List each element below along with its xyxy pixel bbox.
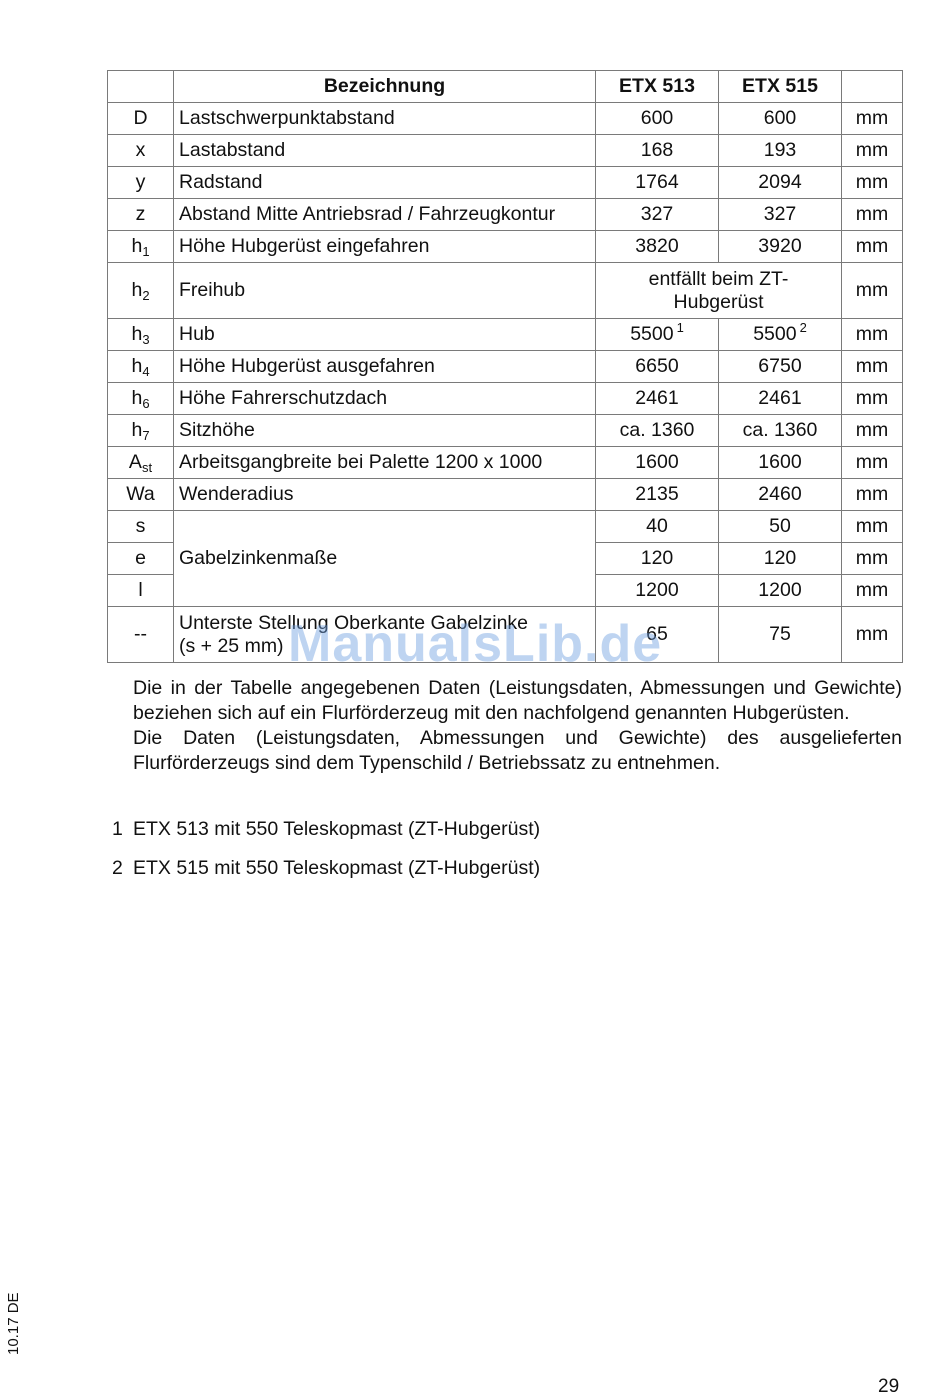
table-row: h6 Höhe Fahrerschutzdach 2461 2461 mm xyxy=(108,383,903,415)
row-unit: mm xyxy=(842,167,903,199)
table-row: D Lastschwerpunktabstand 600 600 mm xyxy=(108,103,903,135)
merged-value: entfällt beim ZT-Hubgerüst xyxy=(596,263,842,319)
row-unit: mm xyxy=(842,199,903,231)
row-designation: Gabelzinkenmaße xyxy=(174,511,596,607)
table-row: h1 Höhe Hubgerüst eingefahren 3820 3920 … xyxy=(108,231,903,263)
value-etx513: 600 xyxy=(596,103,719,135)
value-etx513: 1600 xyxy=(596,447,719,479)
row-symbol: h1 xyxy=(108,231,174,263)
row-unit: mm xyxy=(842,511,903,543)
footnote-ref: 1 xyxy=(677,320,684,335)
row-unit: mm xyxy=(842,415,903,447)
value-etx515: 600 xyxy=(719,103,842,135)
row-symbol: s xyxy=(108,511,174,543)
row-unit: mm xyxy=(842,543,903,575)
row-designation: Sitzhöhe xyxy=(174,415,596,447)
page-number: 29 xyxy=(878,1376,899,1392)
row-unit: mm xyxy=(842,607,903,663)
row-symbol: h6 xyxy=(108,383,174,415)
value-etx513: 2135 xyxy=(596,479,719,511)
row-symbol: z xyxy=(108,199,174,231)
table-row: -- Unterste Stellung Oberkante Gabelzink… xyxy=(108,607,903,663)
row-symbol: Wa xyxy=(108,479,174,511)
value-etx515: 2094 xyxy=(719,167,842,199)
edition-label: 10.17 DE xyxy=(5,1292,22,1355)
row-unit: mm xyxy=(842,351,903,383)
row-symbol: l xyxy=(108,575,174,607)
value-etx513: 120 xyxy=(596,543,719,575)
table-row: Wa Wenderadius 2135 2460 mm xyxy=(108,479,903,511)
row-designation: Radstand xyxy=(174,167,596,199)
value-etx515: 6750 xyxy=(719,351,842,383)
table-row: h7 Sitzhöhe ca. 1360 ca. 1360 mm xyxy=(108,415,903,447)
value-etx515: 1600 xyxy=(719,447,842,479)
row-designation: Lastschwerpunktabstand xyxy=(174,103,596,135)
row-symbol: h3 xyxy=(108,319,174,351)
header-designation: Bezeichnung xyxy=(174,71,596,103)
table-row: x Lastabstand 168 193 mm xyxy=(108,135,903,167)
footnote-item: 2ETX 515 mit 550 Teleskopmast (ZT-Hubger… xyxy=(112,856,540,895)
value-etx515: 75 xyxy=(719,607,842,663)
value-etx515: 327 xyxy=(719,199,842,231)
value-etx513: 65 xyxy=(596,607,719,663)
row-unit: mm xyxy=(842,103,903,135)
footnote-item: 1ETX 513 mit 550 Teleskopmast (ZT-Hubger… xyxy=(112,817,540,856)
notes-section: Die in der Tabelle angegebenen Daten (Le… xyxy=(133,676,902,776)
row-symbol: h2 xyxy=(108,263,174,319)
value-etx513: 40 xyxy=(596,511,719,543)
row-symbol: h7 xyxy=(108,415,174,447)
row-unit: mm xyxy=(842,447,903,479)
table-row: z Abstand Mitte Antriebsrad / Fahrzeugko… xyxy=(108,199,903,231)
note-paragraph: Die Daten (Leistungsdaten, Abmessungen u… xyxy=(133,726,902,776)
table-row: h4 Höhe Hubgerüst ausgefahren 6650 6750 … xyxy=(108,351,903,383)
row-symbol: x xyxy=(108,135,174,167)
footnote-number: 1 xyxy=(112,817,133,841)
row-symbol: h4 xyxy=(108,351,174,383)
header-model-etx515: ETX 515 xyxy=(719,71,842,103)
value-etx515: 1200 xyxy=(719,575,842,607)
value-etx513: ca. 1360 xyxy=(596,415,719,447)
header-symbol xyxy=(108,71,174,103)
row-designation: Höhe Fahrerschutzdach xyxy=(174,383,596,415)
table-row: y Radstand 1764 2094 mm xyxy=(108,167,903,199)
header-model-etx513: ETX 513 xyxy=(596,71,719,103)
row-unit: mm xyxy=(842,231,903,263)
value-etx515: 55002 xyxy=(719,319,842,351)
row-unit: mm xyxy=(842,383,903,415)
value-etx515: 2461 xyxy=(719,383,842,415)
value-etx515: 3920 xyxy=(719,231,842,263)
footnotes-list: 1ETX 513 mit 550 Teleskopmast (ZT-Hubger… xyxy=(112,817,540,895)
note-paragraph: Die in der Tabelle angegebenen Daten (Le… xyxy=(133,676,902,726)
row-symbol: e xyxy=(108,543,174,575)
value-etx513: 168 xyxy=(596,135,719,167)
row-unit: mm xyxy=(842,135,903,167)
row-symbol: -- xyxy=(108,607,174,663)
footnote-text: ETX 513 mit 550 Teleskopmast (ZT-Hubgerü… xyxy=(133,818,540,840)
table-row: s Gabelzinkenmaße 40 50 mm xyxy=(108,511,903,543)
value-etx513: 1764 xyxy=(596,167,719,199)
row-designation: Abstand Mitte Antriebsrad / Fahrzeugkont… xyxy=(174,199,596,231)
row-unit: mm xyxy=(842,319,903,351)
value-etx515: ca. 1360 xyxy=(719,415,842,447)
row-designation: Hub xyxy=(174,319,596,351)
table-row: h3 Hub 55001 55002 mm xyxy=(108,319,903,351)
row-designation: Höhe Hubgerüst eingefahren xyxy=(174,231,596,263)
value-etx515: 193 xyxy=(719,135,842,167)
row-designation: Höhe Hubgerüst ausgefahren xyxy=(174,351,596,383)
row-unit: mm xyxy=(842,575,903,607)
row-symbol: Ast xyxy=(108,447,174,479)
footnote-ref: 2 xyxy=(800,320,807,335)
value-etx513: 55001 xyxy=(596,319,719,351)
footnote-number: 2 xyxy=(112,856,133,880)
table-row: Ast Arbeitsgangbreite bei Palette 1200 x… xyxy=(108,447,903,479)
value-etx515: 50 xyxy=(719,511,842,543)
row-symbol: D xyxy=(108,103,174,135)
header-unit xyxy=(842,71,903,103)
technical-data-table: Bezeichnung ETX 513 ETX 515 D Lastschwer… xyxy=(107,70,903,663)
value-etx515: 2460 xyxy=(719,479,842,511)
footnote-text: ETX 515 mit 550 Teleskopmast (ZT-Hubgerü… xyxy=(133,857,540,879)
value-etx515: 120 xyxy=(719,543,842,575)
value-etx513: 3820 xyxy=(596,231,719,263)
value-etx513: 2461 xyxy=(596,383,719,415)
row-symbol: y xyxy=(108,167,174,199)
value-etx513: 6650 xyxy=(596,351,719,383)
table-header-row: Bezeichnung ETX 513 ETX 515 xyxy=(108,71,903,103)
row-designation: Wenderadius xyxy=(174,479,596,511)
table-row: h2 Freihub entfällt beim ZT-Hubgerüst mm xyxy=(108,263,903,319)
row-designation: Arbeitsgangbreite bei Palette 1200 x 100… xyxy=(174,447,596,479)
row-unit: mm xyxy=(842,479,903,511)
row-designation: Lastabstand xyxy=(174,135,596,167)
value-etx513: 327 xyxy=(596,199,719,231)
row-unit: mm xyxy=(842,263,903,319)
value-etx513: 1200 xyxy=(596,575,719,607)
row-designation: Unterste Stellung Oberkante Gabelzinke(s… xyxy=(174,607,596,663)
row-designation: Freihub xyxy=(174,263,596,319)
